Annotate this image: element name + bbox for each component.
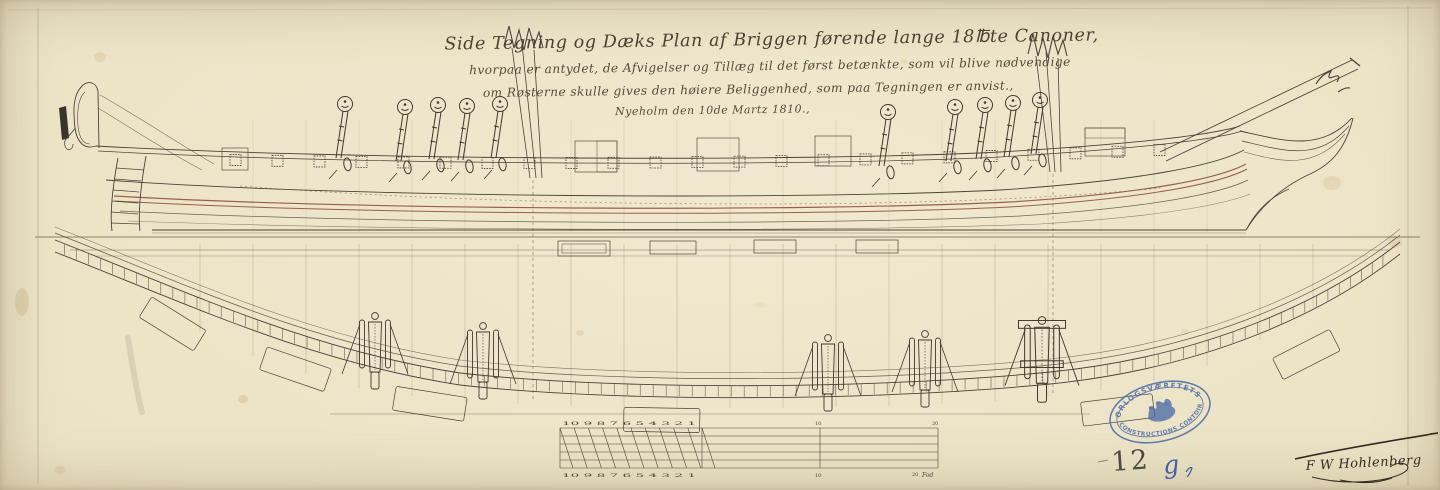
stern-assembly xyxy=(59,83,214,231)
title-line-3: om Røsterne skulle gives den høiere Beli… xyxy=(483,79,1014,100)
scale-right-label-top: 20 xyxy=(932,421,938,427)
wale-line-lower xyxy=(115,169,1247,213)
inventory-number: 12 xyxy=(1110,444,1150,478)
inventory-dash xyxy=(1098,460,1108,462)
deck-plan-view xyxy=(55,227,1400,433)
deck-plan-cannons xyxy=(342,313,1079,411)
scale-right-label-bottom: 20 xyxy=(912,472,918,478)
scale-unit-label: Fod xyxy=(921,472,933,479)
stern-window xyxy=(59,106,69,140)
signature-group: F W Hohlenberg xyxy=(1295,433,1438,483)
scale-bar-lines xyxy=(560,428,938,468)
gunport-row xyxy=(230,145,1165,169)
date-line: Nyeholm den 10de Martz 1810., xyxy=(614,102,810,118)
inventory-number-group: 12 g xyxy=(1098,444,1192,480)
bowsprit-scribble xyxy=(1316,71,1350,92)
title-block: Side Tegning og Dæks Plan af Briggen før… xyxy=(444,25,1099,120)
inventory-suffix: g xyxy=(1162,449,1181,480)
bow-assembly xyxy=(1160,58,1360,230)
bulwark-timber-ticks xyxy=(64,244,1383,397)
stamp-crown-emblem xyxy=(1145,398,1176,424)
side-elevation-view xyxy=(96,126,1250,233)
construction-office-stamp: ORLOGSVÆRFTETS CONSTRUCTIONS CONTOIR xyxy=(1103,371,1216,453)
scale-mid-label-bottom: 10 xyxy=(815,473,821,479)
scale-mid-label-top: 10 xyxy=(815,421,821,427)
deck-hatches xyxy=(558,240,898,256)
scale-bar: 10 9 8 7 6 5 4 3 2 1 10 9 8 7 6 5 4 3 2 … xyxy=(560,421,938,479)
inventory-suffix-flourish xyxy=(1186,468,1192,478)
scale-diagonal-hatch xyxy=(560,428,715,468)
scale-bottom-numerals: 10 9 8 7 6 5 4 3 2 1 xyxy=(562,473,696,479)
drawing-sheet: Side Tegning og Dæks Plan af Briggen før… xyxy=(0,0,1440,490)
deck-structures xyxy=(222,128,1125,172)
title-line-2: hvorpaa er antydet, de Afvigelser og Til… xyxy=(469,55,1071,77)
scale-top-numerals: 10 9 8 7 6 5 4 3 2 1 xyxy=(562,421,696,427)
ship-plan-drawing: Side Tegning og Dæks Plan af Briggen før… xyxy=(0,0,1440,490)
title-line-1: Side Tegning og Dæks Plan af Briggen før… xyxy=(444,25,1099,54)
